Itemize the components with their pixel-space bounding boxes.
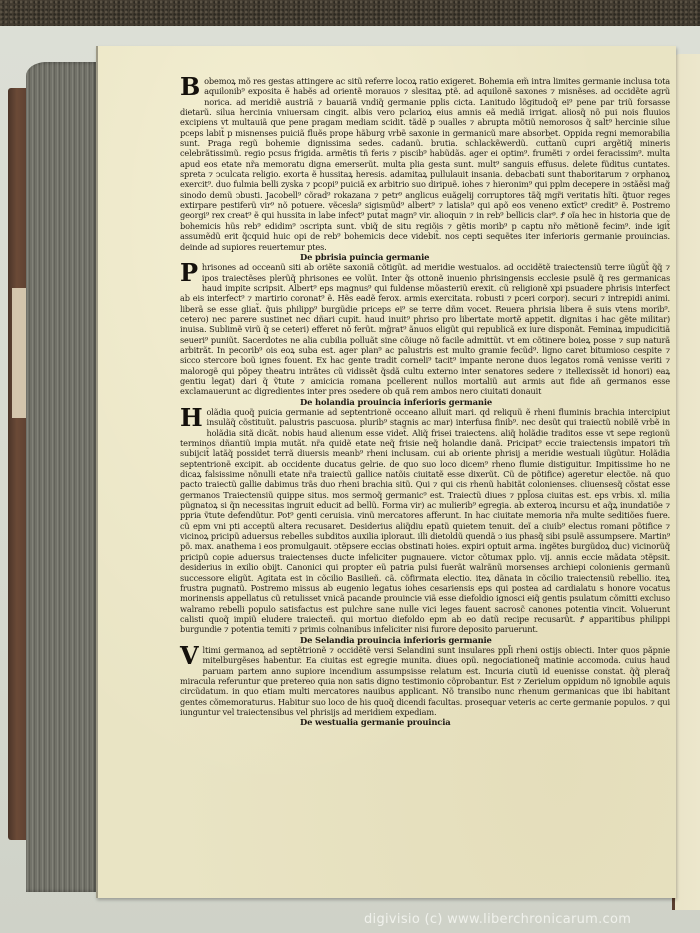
section-bohemia: B obemoꝝ mõ res gestas attingere ac sitũ… — [180, 76, 670, 252]
cover-label-patch — [12, 288, 26, 418]
section-text: obemoꝝ mõ res gestas attingere ac sitũ r… — [180, 76, 670, 252]
section-text: olãdia quoq̃ puicia germanie ad septentr… — [180, 407, 670, 635]
page-text-block: B obemoꝝ mõ res gestas attingere ac sitũ… — [180, 76, 670, 728]
section-heading: De Selandia prouincia inferioris germani… — [180, 635, 670, 645]
initial-letter: V — [180, 646, 198, 666]
section-heading: De westualia germanie prouincia — [180, 717, 670, 727]
section-selandia: V ltimi germanoꝝ ad septẽtrionẽ ⁊ occidẽ… — [180, 645, 670, 717]
carpet-background — [0, 0, 700, 27]
section-text: ltimi germanoꝝ ad septẽtrionẽ ⁊ occidẽtẽ… — [180, 645, 670, 717]
watermark-text: digivisio (c) www.liberchronicarum.com — [364, 912, 631, 927]
section-phrisia: P hrisones ad occeanũ siti ab oriẽte sax… — [180, 262, 670, 396]
section-holandia: H olãdia quoq̃ puicia germanie ad septen… — [180, 407, 670, 635]
book-page: B obemoꝝ mõ res gestas attingere ac sitũ… — [96, 46, 676, 898]
section-heading: De holandia prouincia inferioris germani… — [180, 397, 670, 407]
initial-letter: H — [180, 408, 203, 428]
section-heading: De pbrisia puincia germanie — [180, 252, 670, 262]
section-text: hrisones ad occeanũ siti ab oriẽte saxon… — [180, 262, 670, 396]
facing-page-edge — [672, 54, 700, 910]
page-edges-stack — [26, 62, 98, 892]
initial-letter: P — [180, 263, 198, 283]
initial-letter: B — [180, 77, 200, 97]
